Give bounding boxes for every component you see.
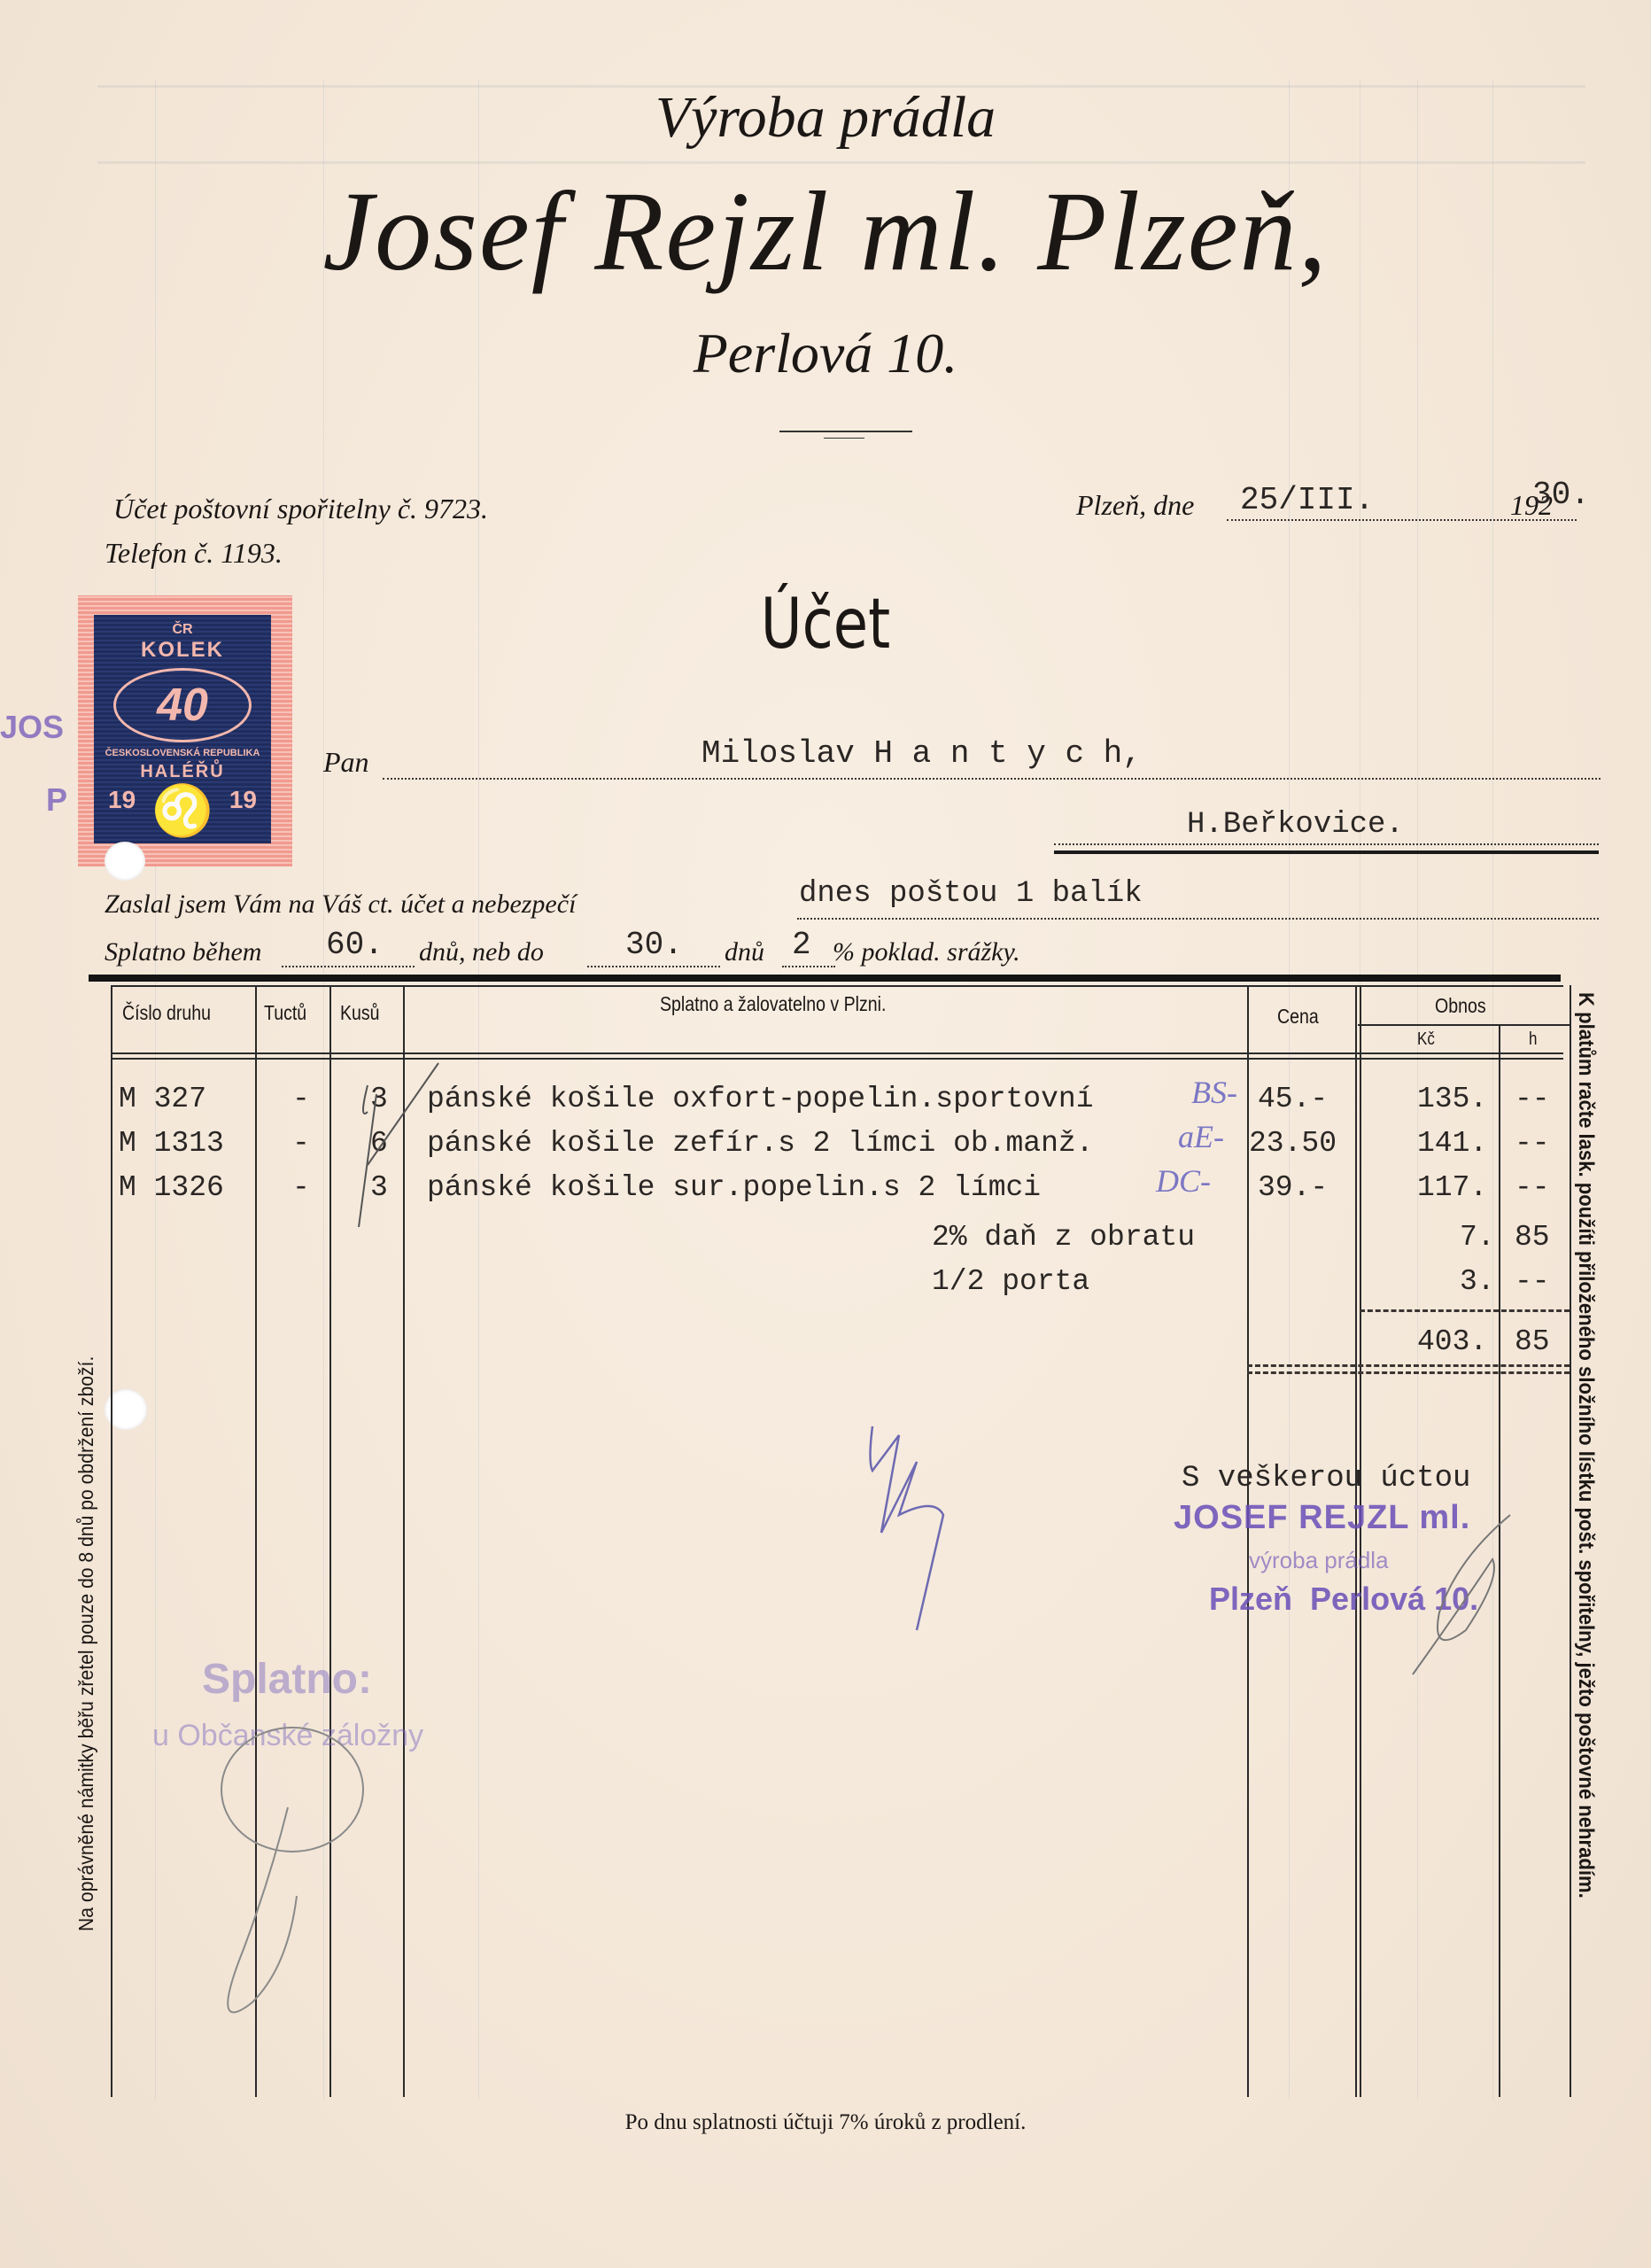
recipient-label: Pan <box>323 746 369 779</box>
cell-price: 39.- <box>1258 1171 1328 1204</box>
company-stamp-line-2: výroba prádla <box>1249 1547 1389 1574</box>
terms-dots <box>782 966 835 967</box>
col-rule <box>1355 985 1357 2097</box>
payment-terms: Splatno během 60. dnů, neb do 30. dnů 2 … <box>105 927 1167 971</box>
right-side-note: K platům račte lask. použíti přiloženého… <box>1573 992 1598 1899</box>
total-kc: 403. <box>1417 1325 1487 1358</box>
document-title: Účet <box>149 585 1502 664</box>
date-line: Plzeň, dne 25/III. 192 30. <box>1076 482 1581 519</box>
subtotal-rule <box>1360 1309 1570 1312</box>
stamp-unit: HALÉŘŮ <box>94 762 271 782</box>
table-rule <box>111 1058 1563 1060</box>
year-value: 30. <box>1532 477 1590 513</box>
company-stamp-fragment: JOS <box>0 709 64 746</box>
date-value: 25/III. <box>1240 482 1374 518</box>
cell-item-no: M 1326 <box>119 1171 224 1204</box>
terms-label-1: Splatno během <box>105 937 261 967</box>
table-rule <box>1358 1024 1570 1026</box>
cell-kc: 117. <box>1417 1171 1487 1204</box>
table-rule <box>111 1052 1563 1054</box>
cell-price: 23.50 <box>1249 1127 1337 1160</box>
cell-price: 45.- <box>1258 1083 1328 1115</box>
place-dotted-line <box>1054 843 1599 845</box>
closing-greeting: S veškerou úctou <box>1182 1462 1470 1495</box>
recipient-dotted-line <box>383 778 1601 780</box>
col-rule <box>1360 985 1361 2097</box>
total-h: 85 <box>1515 1325 1550 1358</box>
company-name: Josef Rejzl ml. Plzeň, <box>0 167 1651 297</box>
bank-stamp-line-1: Splatno: <box>202 1655 372 1704</box>
cell-description: pánské košile sur.popelin.s 2 límci <box>427 1171 1041 1204</box>
date-label: Plzeň, dne <box>1076 489 1194 522</box>
pencil-note: BS- <box>1191 1074 1237 1111</box>
revenue-stamp: ČR KOLEK 40 ČESKOSLOVENSKÁ REPUBLIKA HAL… <box>78 595 292 866</box>
cell-dozens: - <box>292 1171 310 1204</box>
stamp-year: 19 ♌ 19 <box>94 786 271 835</box>
divider <box>779 431 912 432</box>
cell-h: -- <box>1515 1127 1550 1160</box>
shipping-label: Zaslal jsem Vám na Váš ct. účet a nebezp… <box>105 889 576 920</box>
stamp-monogram: ČR <box>94 622 271 638</box>
cell-description: pánské košile oxfort-popelin.sportovní <box>427 1083 1094 1115</box>
cell-dozens: - <box>292 1083 310 1115</box>
company-stamp-fragment: P <box>46 781 67 819</box>
terms-label-3: dnů <box>725 937 764 967</box>
letterhead-subtitle: Výroba prádla <box>0 84 1651 151</box>
divider <box>824 438 864 439</box>
header-amount: Obnos <box>1435 994 1486 1018</box>
terms-label-4: % poklad. srážky. <box>833 937 1020 967</box>
cell-description: pánské košile zefír.s 2 límci ob.manž. <box>427 1127 1094 1160</box>
cell-description: 1/2 porta <box>932 1265 1089 1298</box>
terms-dots <box>587 966 720 967</box>
pencil-signature-icon <box>190 1719 368 2055</box>
cell-h: -- <box>1515 1171 1550 1204</box>
cell-h: 85 <box>1515 1221 1550 1254</box>
cell-dozens: - <box>292 1127 310 1160</box>
pencil-checkmark-icon <box>350 1059 456 1236</box>
table-top-rule <box>89 975 1561 982</box>
cell-description: 2% daň z obratu <box>932 1221 1195 1254</box>
total-rule <box>1247 1371 1570 1374</box>
header-pieces: Kusů <box>340 1001 380 1025</box>
pencil-note: DC- <box>1156 1162 1211 1200</box>
lion-icon: ♌ <box>151 786 213 835</box>
telephone: Telefon č. 1193. <box>105 537 283 570</box>
header-dozens: Tuctů <box>264 1001 306 1025</box>
terms-label-2: dnů, neb do <box>419 937 544 967</box>
stamp-value-number: 40 <box>157 679 208 732</box>
cell-h: -- <box>1515 1083 1550 1115</box>
stamp-value: 40 <box>113 668 252 742</box>
discount-pct: 2 <box>792 927 811 963</box>
header-amount-kc: Kč <box>1417 1029 1435 1050</box>
pencil-initials-icon <box>864 1409 979 1639</box>
postal-account: Účet poštovní spořitelny č. 9723. <box>113 493 488 525</box>
header-amount-h: h <box>1529 1029 1537 1050</box>
header-item-no: Číslo druhu <box>122 1001 211 1025</box>
company-address: Perlová 10. <box>0 321 1651 386</box>
header-price: Cena <box>1277 1005 1319 1029</box>
footer-note: Po dnu splatnosti účtuji 7% úroků z prod… <box>0 2110 1651 2135</box>
cell-h: -- <box>1515 1265 1550 1298</box>
days-discount: 30. <box>625 927 683 963</box>
days-net: 60. <box>326 927 384 963</box>
shipping-value: dnes poštou 1 balík <box>799 877 1143 911</box>
col-rule <box>1570 985 1571 2097</box>
punch-hole <box>105 842 145 881</box>
stamp-country: ČESKOSLOVENSKÁ REPUBLIKA <box>94 748 271 758</box>
cell-kc: 135. <box>1417 1083 1487 1115</box>
cell-kc: 141. <box>1417 1127 1487 1160</box>
stamp-label: KOLEK <box>94 638 271 663</box>
ghost-rule <box>97 161 1585 164</box>
place-underline <box>1054 850 1599 854</box>
cell-item-no: M 327 <box>119 1083 206 1115</box>
total-rule <box>1247 1364 1570 1367</box>
cell-kc: 7. <box>1460 1221 1495 1254</box>
cell-kc: 3. <box>1460 1265 1495 1298</box>
col-rule <box>111 985 112 2097</box>
header-description: Splatno a žalovatelno v Plzni. <box>660 992 886 1016</box>
stamp-year-right: 19 <box>229 786 257 835</box>
shipping-dotted-line <box>797 918 1599 920</box>
signature-icon <box>1404 1506 1537 1683</box>
left-side-note: Na oprávněné námitky běřu zřetel pouze d… <box>74 1356 98 1931</box>
recipient-name: Miloslav H a n t y c h, <box>701 735 1142 772</box>
pencil-note: aE- <box>1178 1118 1224 1155</box>
stamp-year-left: 19 <box>108 786 136 835</box>
terms-dots <box>282 966 415 967</box>
cell-item-no: M 1313 <box>119 1127 224 1160</box>
table-rule <box>111 985 1563 987</box>
recipient-place: H.Beřkovice. <box>1187 808 1404 842</box>
